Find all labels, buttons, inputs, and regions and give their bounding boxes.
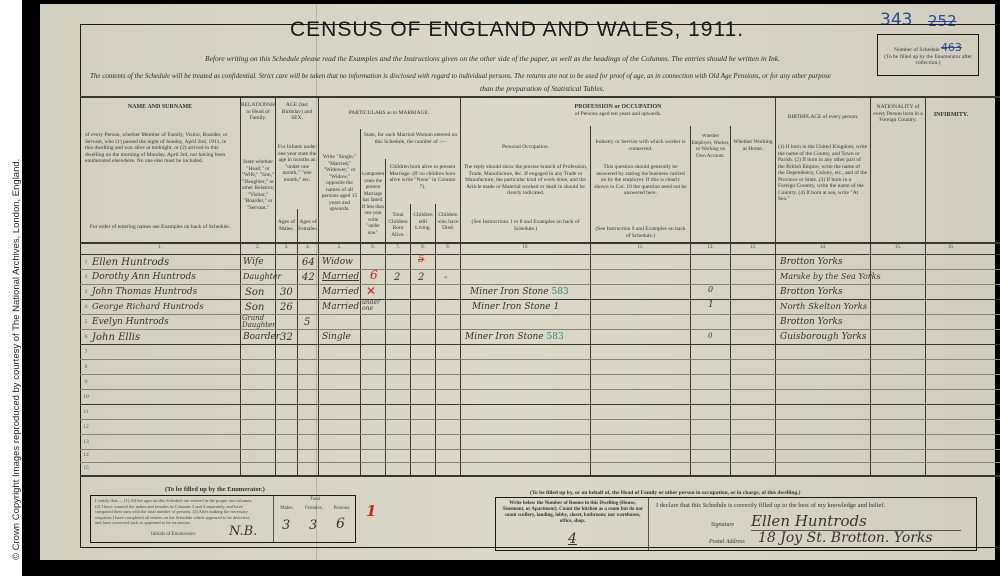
age-female: 5 [304,317,310,328]
header-industry-desc: This question should generally be answer… [593,164,688,197]
enumerator-initials-label: Initials of Enumerator. [151,532,196,537]
header-birthplace-desc: (1) If born in the United Kingdom, write… [778,144,868,203]
birthplace: North Skelton Yorks [780,302,867,312]
header-name: NAME AND SURNAME [85,104,235,111]
table-bottom-rule [80,475,1000,477]
row-rule [80,284,1000,285]
person-name: John Thomas Huntrods [92,287,197,297]
copyright-text: © Crown Copyright Images reproduced by c… [11,159,22,560]
col-divider [690,126,691,476]
occupation: Miner Iron Stone 583 [470,287,569,297]
row-rule [80,329,1000,330]
colnum: 6. [361,245,385,250]
table-top-rule [80,96,1000,98]
birthplace: Brotton Yorks [780,257,843,267]
age-male: 32 [280,332,293,343]
row-number: 14 [82,452,90,458]
rooms-instruction: Write below the Number of Rooms in this … [500,501,645,525]
header-age-desc: For Infants under one year state the age… [276,144,318,183]
relationship: Wife [243,257,264,267]
header-marriage: PARTICULARS as to MARRIAGE. [319,110,459,117]
colnum: 13. [731,245,775,250]
header-employer: Whether Employer, Worker, or Working on … [691,134,730,160]
header-occupation: PROFESSION or OCCUPATIONof Persons aged … [461,104,775,117]
occupation: Miner Iron Stone 583 [465,332,564,342]
condition: Married [322,302,359,312]
col-divider [385,159,386,476]
header-children: Children born alive to present Marriage.… [386,164,459,190]
person-name: George Richard Huntrods [92,302,204,312]
children-born-alive: 2 [394,272,400,283]
age-female: 64 [302,257,315,268]
colnum: 11. [591,245,690,250]
row-number: 12 [82,424,90,430]
header-working-home: Whether Working at Home. [731,139,775,152]
red-mark: 1 [366,502,376,520]
row-number: 7 [82,349,90,355]
header-relationship: RELATIONSHIP to Head of Family. [241,102,275,122]
header-bottom-rule [80,242,1000,244]
total-males: 3 [282,518,290,533]
header-infirmity: INFIRMITY. [926,112,976,119]
person-name: Evelyn Huntrods [92,317,169,327]
age-male: 30 [280,287,293,298]
header-age-males: Ages of Males. [276,219,297,232]
colnum: 5. [319,245,360,250]
row-rule [80,449,1000,450]
children-living: 5 [418,254,424,265]
row-number: 5 [82,319,90,325]
row-number: 6 [82,334,90,340]
row-rule [80,404,1000,405]
row-number: 9 [82,379,90,385]
condition: Single [322,332,351,342]
colnum: 8. [411,245,435,250]
postal-address: 18 Joy St. Brotton. Yorks [758,530,933,546]
colnum: 15. [871,245,925,250]
persons-label: Persons. [328,506,356,511]
employer-status: 1 [708,300,714,310]
col-divider [730,126,731,476]
age-male: 26 [280,302,293,313]
birthplace: Guisborough Yorks [780,332,867,342]
employer-status: 0 [708,332,712,340]
colnum: 16. [926,245,976,250]
header-personal-occupation: Personal Occupation. [461,144,590,151]
number-of-rooms: 4 [568,531,577,547]
colnum: 14. [776,245,870,250]
total-persons: 6 [336,516,345,532]
row-number: 3 [82,289,90,295]
colnum: 12. [691,245,730,250]
relationship: Son [245,287,264,298]
condition: Widow [322,257,353,267]
row-rule [80,299,1000,300]
header-years-married: Completed years the present Marriage has… [361,172,385,237]
birthplace: Brotton Yorks [780,317,843,327]
row-number: 8 [82,364,90,370]
header-occupation-note: (See Instructions 1 to 8 and Examples on… [463,219,588,232]
row-number: 15 [82,465,90,471]
row-rule [80,389,1000,390]
red-check-mark: ✕ [366,284,376,299]
header-birthplace: BIRTHPLACE of every person. [776,114,870,121]
header-condition: Write "Single," "Married," "Widower," or… [319,154,360,213]
enumerator-box: I certify that:— (1) All the ages on thi… [90,495,356,543]
householder-signature: Ellen Huntrods [751,512,961,531]
years-married: under one [362,300,384,312]
householder-box: Write below the Number of Rooms in this … [495,497,977,551]
copyright-strip: © Crown Copyright Images reproduced by c… [0,0,22,576]
enumerator-certify: I certify that:— (1) All the ages on thi… [95,498,255,526]
row-rule [80,374,1000,375]
row-rule [80,269,1000,270]
header-died: Children who have Died. [436,212,460,232]
children-living: 2 [418,272,424,283]
children-died: - [444,272,447,283]
person-name: Ellen Huntrods [92,257,169,268]
colnum: 2. [241,245,275,250]
colnum: 1. [85,245,235,250]
occupation: Miner Iron Stone 1 [472,302,559,312]
enumerator-initials: N.B. [229,524,257,539]
census-schedule: CENSUS OF ENGLAND AND WALES, 1911. Befor… [40,4,995,560]
colnum: 4. [298,245,318,250]
header-name-desc: of every Person, whether Member of Famil… [85,132,235,165]
form-frame [80,24,1000,548]
header-industry-note: (See Instruction 9 and Examples on back … [593,226,688,239]
birthplace: Brotton Yorks [780,287,843,297]
header-married-women: State, for each Married Woman entered on… [362,132,459,145]
colnum: 3. [276,245,297,250]
row-number: 1 [82,259,90,265]
col-divider [590,126,591,476]
header-occupation-desc: The reply should show the precise branch… [463,164,588,197]
age-female: 42 [302,272,315,283]
colnum-rule [80,254,1000,255]
person-name: Dorothy Ann Huntrods [92,272,196,282]
colnum: 9. [436,245,460,250]
birthplace: Marske by the Sea Yorks [780,272,881,281]
row-rule [80,462,1000,463]
header-relationship-desc: State whether "Head," or "Wife," "Son," … [241,159,275,211]
header-living: Children still Living. [411,212,435,232]
person-name: John Ellis [92,332,140,343]
row-rule [80,314,1000,315]
relationship: Boarder [243,332,280,342]
header-age: AGE (last Birthday) and SEX. [276,102,318,122]
row-number: 13 [82,439,90,445]
condition: Married [322,272,359,282]
row-number: 4 [82,304,90,310]
row-number: 2 [82,274,90,280]
total-females: 3 [309,518,317,533]
header-nationality: NATIONALITY of every Person born in a Fo… [871,104,925,124]
relationship: Daughter [243,272,281,281]
relationship: Son [245,302,264,313]
females-label: Females. [301,506,327,511]
householder-heading: (To be filled up by, or on behalf of, th… [530,490,800,496]
row-rule [80,419,1000,420]
row-number: 10 [82,394,90,400]
colnum: 7. [386,245,410,250]
row-rule [80,344,1000,345]
header-name-note: For order of entering names see Examples… [85,224,235,231]
declaration: I declare that this Schedule is correctl… [656,502,885,509]
totals-label: Total [274,497,356,502]
header-industry: Industry or Service with which worker is… [591,139,690,152]
row-rule [80,434,1000,435]
header-born-alive: Total Children Born Alive. [386,212,410,238]
enumerator-heading: (To be filled up by the Enumerator.) [165,486,265,493]
row-rule [80,359,1000,360]
address-label: Postal Address [709,539,745,545]
colnum: 10. [461,245,590,250]
signature-label: Signature [711,522,734,528]
years-married: 6 [370,268,378,282]
row-number: 11 [82,409,90,415]
header-age-females: Ages of Females. [298,219,318,232]
employer-status: 0 [708,285,713,294]
males-label: Males. [274,506,300,511]
relationship: Grand Daughter [242,315,276,329]
condition: Married [322,287,359,297]
